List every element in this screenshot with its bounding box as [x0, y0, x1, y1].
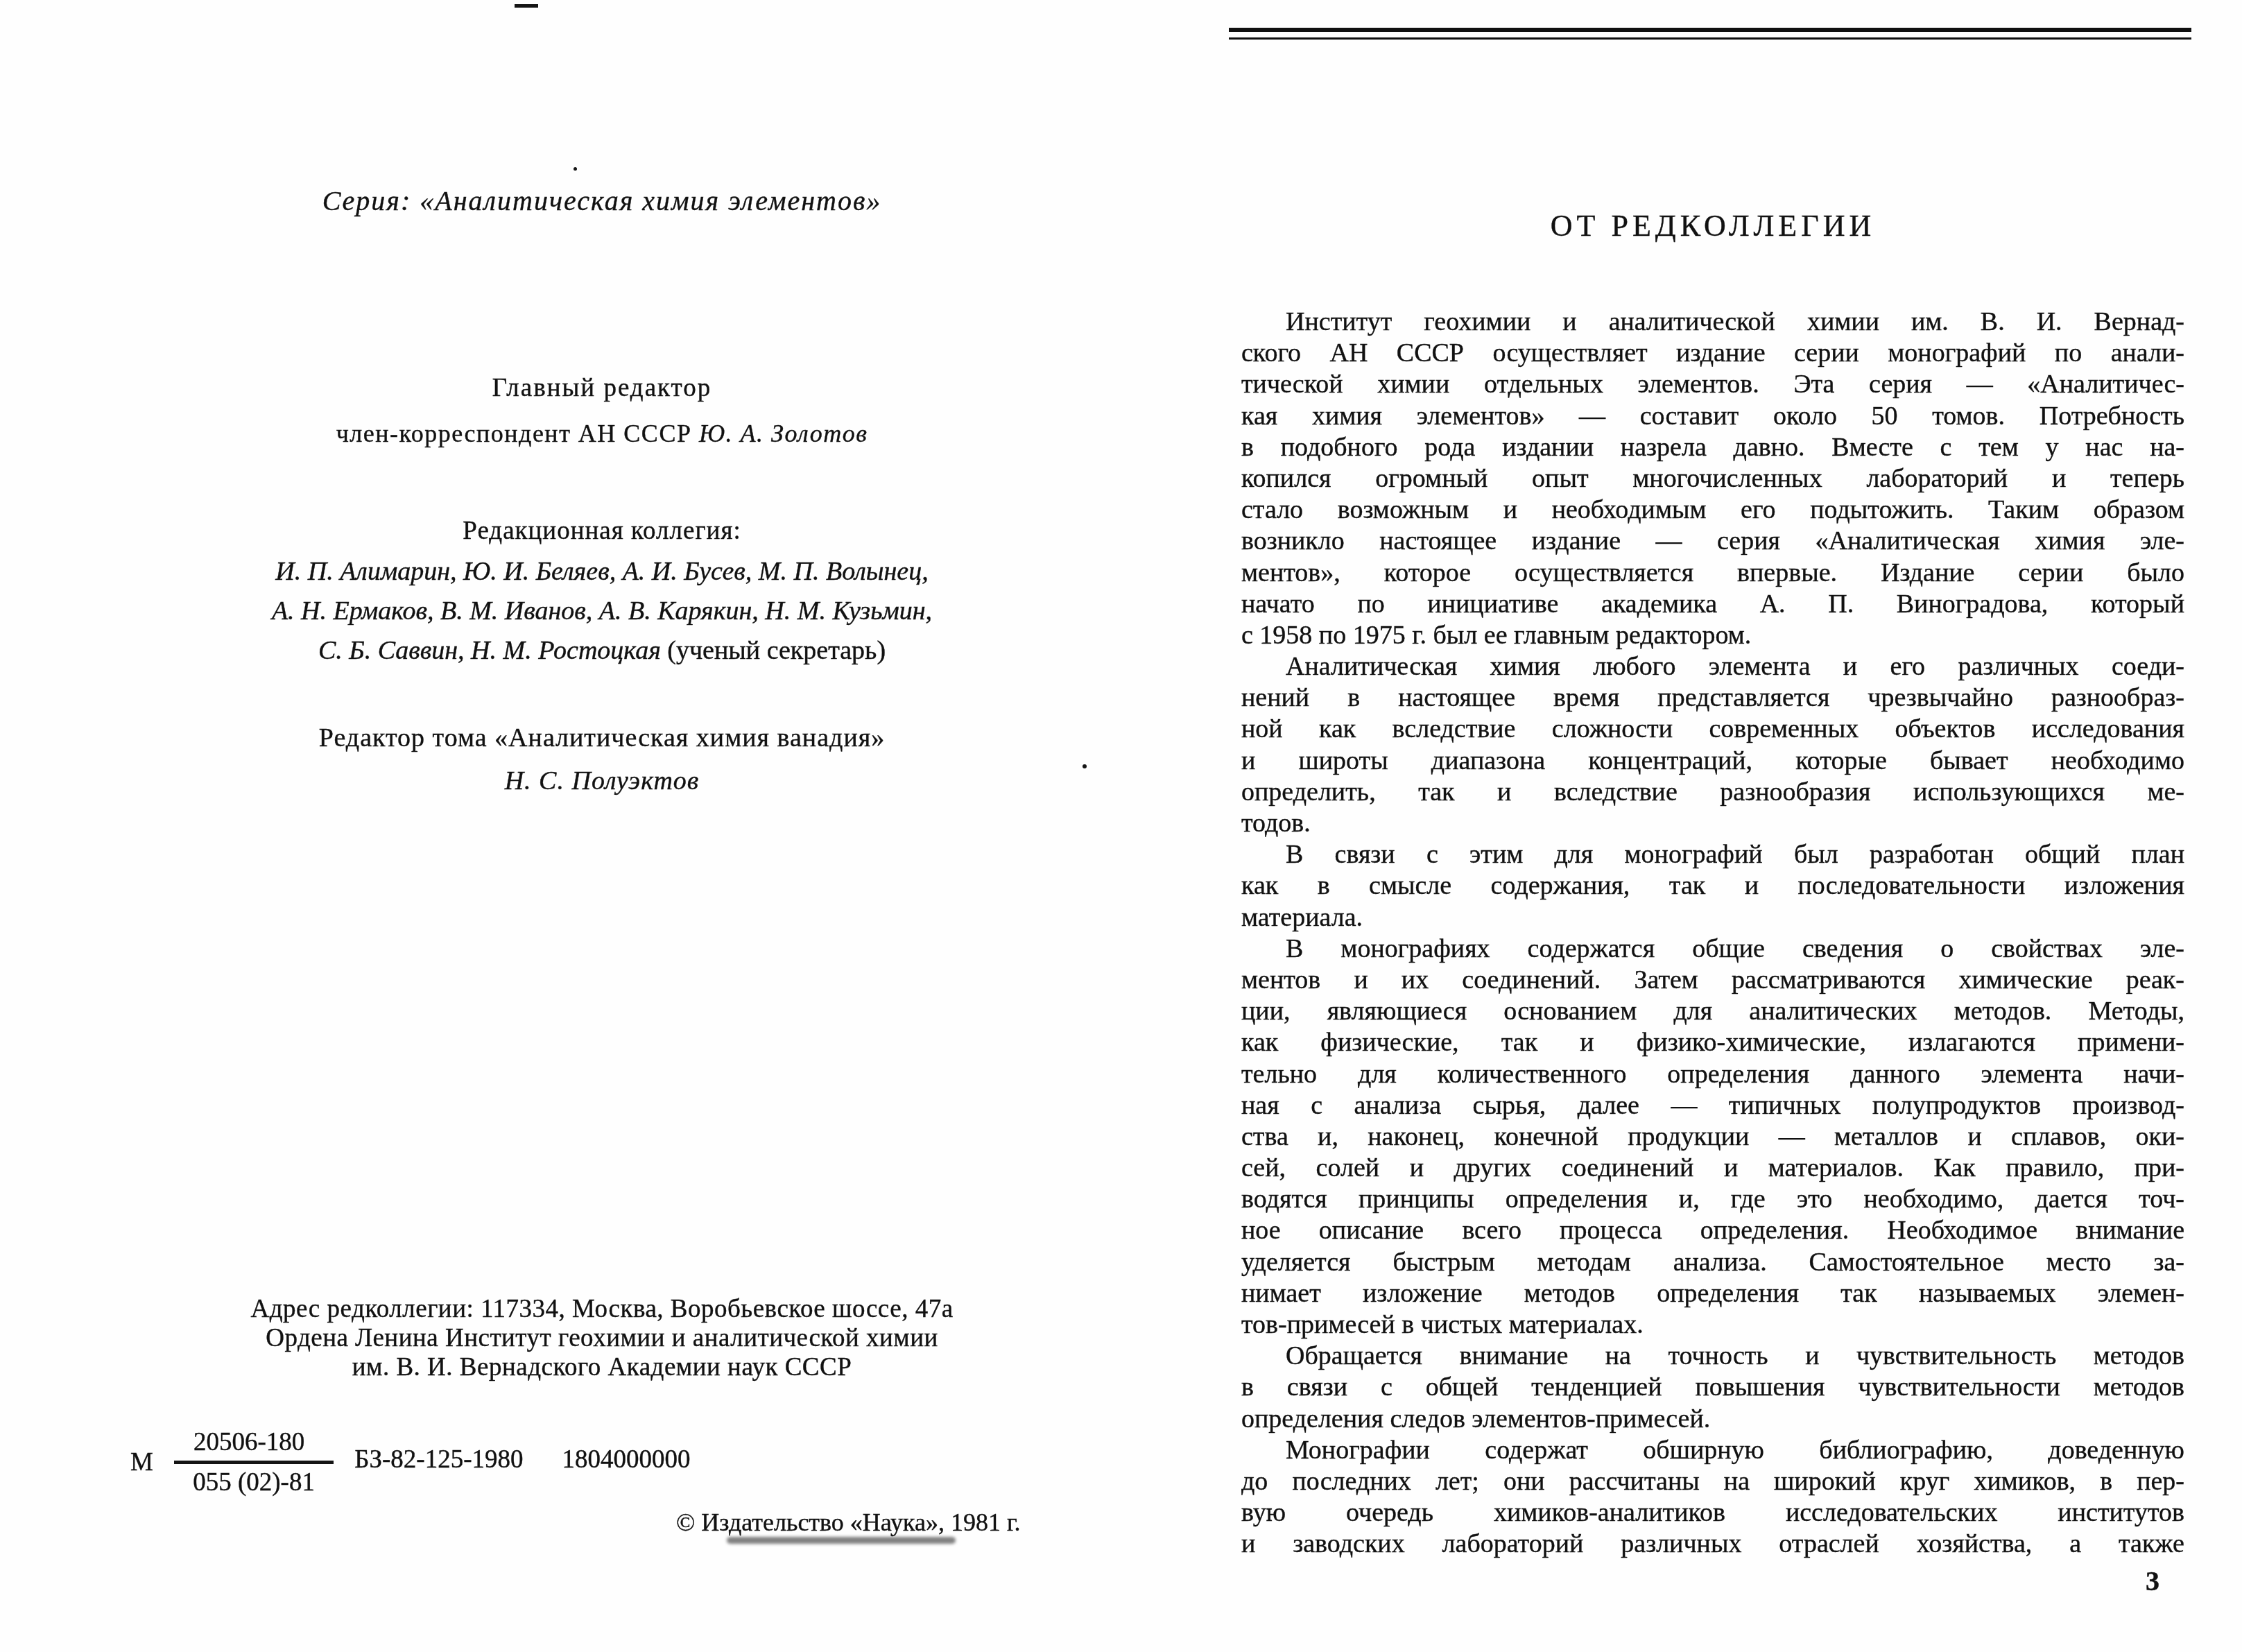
text-line: в связи с общей тенденцией повышения чув…: [1241, 1372, 2184, 1403]
catalog-prefix: М: [130, 1447, 153, 1477]
text-line: стало возможным и необходимым его подыто…: [1241, 494, 2184, 526]
header-rule-thick: [1229, 28, 2191, 32]
text-line: ментов и их соединений. Затем рассматрив…: [1241, 965, 2184, 996]
series-title: Серия: «Аналитическая химия элементов»: [117, 184, 1087, 217]
page-number: 3: [2146, 1565, 2159, 1597]
header-rule-thin: [1229, 37, 2191, 40]
text-line: водятся принципы определения и, где это …: [1241, 1184, 2184, 1215]
chief-editor-name: Ю. А. Золотов: [699, 420, 868, 447]
text-line: В монографиях содержатся общие сведения …: [1241, 933, 2184, 965]
address-line-1: Адрес редколлегии: 117334, Москва, Вороб…: [117, 1294, 1087, 1324]
text-line: как физические, так и физико-химические,…: [1241, 1027, 2184, 1058]
scan-smudge: [727, 1537, 956, 1544]
catalog-code-2: 1804000000: [562, 1445, 690, 1474]
paragraph: В монографиях содержатся общие сведения …: [1241, 933, 2184, 1341]
text-line: нимает изложение методов определения так…: [1241, 1278, 2184, 1309]
text-line: и широты диапазона концентраций, которые…: [1241, 746, 2184, 777]
address-line-3: им. В. И. Вернадского Академии наук СССР: [117, 1352, 1087, 1382]
editorial-board-line-2: А. Н. Ермаков, В. М. Иванов, А. В. Каряк…: [117, 596, 1087, 626]
text-line: материала.: [1241, 902, 2184, 933]
paragraph: Монографии содержат обширную библиографи…: [1241, 1435, 2184, 1560]
text-line: тельно для количественного определения д…: [1241, 1059, 2184, 1090]
text-line: в подобного рода издании назрела давно. …: [1241, 432, 2184, 463]
chief-editor-label: Главный редактор: [117, 373, 1087, 403]
text-line: определить, так и вследствие разнообрази…: [1241, 777, 2184, 808]
text-line: Аналитическая химия любого элемента и ег…: [1241, 651, 2184, 682]
text-line: и заводских лабораторий различных отрасл…: [1241, 1529, 2184, 1560]
text-line: возникло настоящее издание — серия «Анал…: [1241, 526, 2184, 557]
text-line: начато по инициативе академика А. П. Вин…: [1241, 589, 2184, 620]
text-line: Обращается внимание на точность и чувств…: [1241, 1341, 2184, 1372]
body-text: Институт геохимии и аналитической химии …: [1241, 307, 2184, 1560]
chief-editor-line: член-корреспондент АН СССР Ю. А. Золотов: [117, 419, 1087, 448]
volume-editor-line: Редактор тома «Аналитическая химия ванад…: [117, 723, 1087, 753]
text-line: кая химия элементов» — составит около 50…: [1241, 401, 2184, 432]
volume-editor-name: Н. С. Полуэктов: [117, 766, 1087, 796]
editorial-board-label: Редакционная коллегия:: [117, 516, 1087, 546]
book-spread: Серия: «Аналитическая химия элементов» Г…: [0, 0, 2242, 1652]
text-line: до последних лет; они рассчитаны на широ…: [1241, 1466, 2184, 1497]
catalog-codes: БЗ-82-125-1980 1804000000: [354, 1445, 690, 1474]
address-line-2: Ордена Ленина Институт геохимии и аналит…: [117, 1323, 1087, 1353]
editorial-board-line-3-names: С. Б. Саввин, Н. М. Ростоцкая: [318, 636, 667, 665]
text-line: ментов», которое осуществляется впервые.…: [1241, 558, 2184, 589]
text-line: с 1958 по 1975 г. был ее главным редакто…: [1241, 620, 2184, 651]
text-line: ства и, наконец, конечной продукции — ме…: [1241, 1121, 2184, 1153]
text-line: как в смысле содержания, так и последова…: [1241, 870, 2184, 902]
paragraph: Аналитическая химия любого элемента и ег…: [1241, 651, 2184, 839]
scan-speck: [1083, 764, 1087, 768]
text-line: ции, являющиеся основанием для аналитиче…: [1241, 996, 2184, 1027]
text-line: ное описание всего процесса определения.…: [1241, 1215, 2184, 1246]
text-line: тов-примесей в чистых материалах.: [1241, 1309, 2184, 1341]
text-line: вую очередь химиков-аналитиков исследова…: [1241, 1497, 2184, 1529]
text-line: ной как вследствие сложности современных…: [1241, 714, 2184, 745]
text-line: копился огромный опыт многочисленных лаб…: [1241, 463, 2184, 494]
text-line: тической химии отдельных элементов. Эта …: [1241, 369, 2184, 400]
catalog-numerator: 20506-180: [174, 1427, 334, 1464]
left-page: Серия: «Аналитическая химия элементов» Г…: [0, 0, 1121, 1652]
editorial-board-line-3: С. Б. Саввин, Н. М. Ростоцкая (ученый се…: [117, 635, 1087, 666]
right-page: ОТ РЕДКОЛЛЕГИИ Институт геохимии и анали…: [1121, 0, 2242, 1652]
text-line: Институт геохимии и аналитической химии …: [1241, 307, 2184, 338]
scan-speck: [515, 4, 538, 8]
catalog-code-block: М 20506-180 055 (02)-81 БЗ-82-125-1980 1…: [130, 1427, 690, 1497]
text-line: ная с анализа сырья, далее — типичных по…: [1241, 1090, 2184, 1121]
chief-editor-prefix: член-корреспондент АН СССР: [336, 420, 699, 447]
catalog-code-1: БЗ-82-125-1980: [354, 1445, 523, 1474]
text-line: нений в настоящее время представляется ч…: [1241, 682, 2184, 714]
text-line: тодов.: [1241, 808, 2184, 839]
copyright-line: © Издательство «Наука», 1981 г.: [676, 1508, 1021, 1537]
catalog-denominator: 055 (02)-81: [174, 1464, 334, 1497]
paragraph: Обращается внимание на точность и чувств…: [1241, 1341, 2184, 1435]
text-line: Монографии содержат обширную библиографи…: [1241, 1435, 2184, 1466]
catalog-fraction: 20506-180 055 (02)-81: [174, 1427, 334, 1497]
text-line: сей, солей и других соединений и материа…: [1241, 1153, 2184, 1184]
text-line: уделяется быстрым методам анализа. Самос…: [1241, 1247, 2184, 1278]
page-title: ОТ РЕДКОЛЛЕГИИ: [1241, 208, 2184, 243]
text-line: определения следов элементов-примесей.: [1241, 1404, 2184, 1435]
editorial-board-line-1: И. П. Алимарин, Ю. И. Беляев, А. И. Бусе…: [117, 556, 1087, 587]
editorial-board-line-3-suffix: (ученый секретарь): [667, 636, 886, 665]
paragraph: Институт геохимии и аналитической химии …: [1241, 307, 2184, 651]
text-line: ского АН СССР осуществляет издание серии…: [1241, 338, 2184, 369]
text-line: В связи с этим для монографий был разраб…: [1241, 839, 2184, 870]
scan-speck: [574, 167, 577, 171]
left-page-content: Серия: «Аналитическая химия элементов» Г…: [117, 0, 1087, 1652]
paragraph: В связи с этим для монографий был разраб…: [1241, 839, 2184, 933]
